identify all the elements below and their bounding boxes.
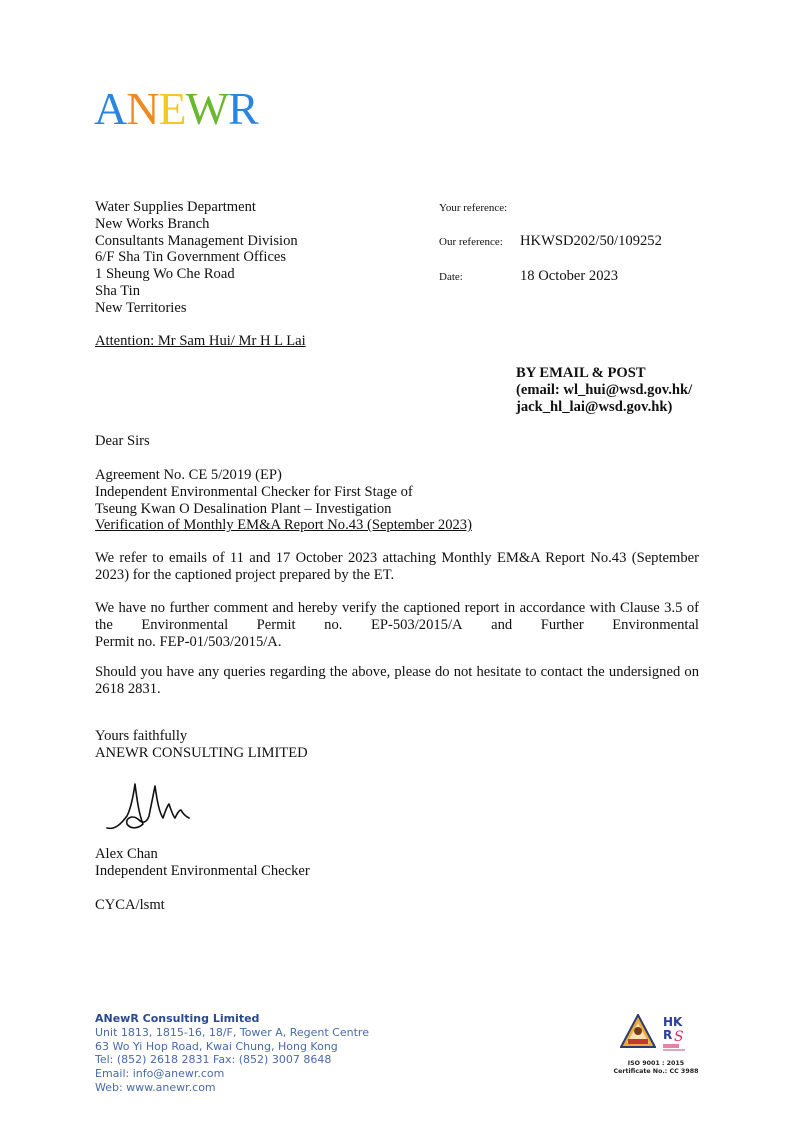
our-reference: Our reference:HKWSD202/50/109252: [439, 233, 662, 250]
address-line: 6/F Sha Tin Government Offices: [95, 249, 298, 266]
subject-title: Verification of Monthly EM&A Report No.4…: [95, 517, 472, 534]
certification-block: HK R S ISO 9001 : 2015 Certificate No.: …: [611, 1014, 701, 1076]
footer-fax: Fax: (852) 3007 8648: [213, 1053, 331, 1066]
footer-contact: ANewR Consulting Limited Unit 1813, 1815…: [95, 1012, 369, 1095]
delivery-email-line: jack_hl_lai@wsd.gov.hk): [516, 399, 692, 416]
word: EP-503/2015/A: [371, 617, 463, 634]
word: Environmental: [612, 617, 699, 634]
body-paragraph: Should you have any queries regarding th…: [95, 664, 699, 698]
date-label: Date:: [439, 271, 520, 283]
hkrs-badge-icon: HK R S: [662, 1014, 692, 1056]
footer-company: ANewR Consulting Limited: [95, 1012, 369, 1026]
delivery-method-label: BY EMAIL & POST: [516, 365, 692, 382]
footer-email[interactable]: Email: info@anewr.com: [95, 1067, 369, 1081]
footer-tel: Tel: (852) 2618 2831: [95, 1053, 213, 1067]
body-paragraph: We have no further comment and hereby ve…: [95, 600, 699, 650]
logo-letter: R: [228, 86, 258, 132]
word: and: [491, 617, 512, 634]
address-line: Consultants Management Division: [95, 233, 298, 250]
paragraph-line: We have no further comment and hereby ve…: [95, 600, 699, 617]
address-line: Sha Tin: [95, 283, 298, 300]
paragraph-line: Permit no. FEP-01/503/2015/A.: [95, 634, 699, 651]
address-line: New Works Branch: [95, 216, 298, 233]
closing-block: Yours faithfully ANEWR CONSULTING LIMITE…: [95, 728, 308, 762]
footer-web[interactable]: Web: www.anewr.com: [95, 1081, 369, 1095]
recipient-address: Water Supplies Department New Works Bran…: [95, 199, 298, 317]
reference-initials: CYCA/lsmt: [95, 897, 165, 914]
signer-block: Alex Chan Independent Environmental Chec…: [95, 846, 310, 880]
address-line: New Territories: [95, 300, 298, 317]
certificate-number: Certificate No.: CC 3988: [611, 1068, 701, 1076]
subject-block: Agreement No. CE 5/2019 (EP) Independent…: [95, 467, 472, 534]
logo-letter: N: [126, 86, 158, 132]
svg-text:S: S: [674, 1029, 684, 1045]
logo-letter: A: [94, 86, 126, 132]
delivery-email-line: (email: wl_hui@wsd.gov.hk/: [516, 382, 692, 399]
subject-line: Agreement No. CE 5/2019 (EP): [95, 467, 472, 484]
logo-letter: E: [158, 86, 185, 132]
footer-phone-line: Tel: (852) 2618 2831Fax: (852) 3007 8648: [95, 1053, 369, 1067]
date-value: 18 October 2023: [520, 268, 618, 284]
salutation: Dear Sirs: [95, 433, 150, 450]
signature: [105, 780, 195, 845]
date: Date:18 October 2023: [439, 268, 618, 285]
iso-standard: ISO 9001 : 2015: [611, 1060, 701, 1068]
word: Permit: [257, 617, 296, 634]
your-reference-label: Your reference:: [439, 202, 520, 214]
hkqaa-badge-icon: [620, 1014, 656, 1048]
our-reference-value: HKWSD202/50/109252: [520, 233, 662, 249]
word: Environmental: [141, 617, 228, 634]
address-line: Water Supplies Department: [95, 199, 298, 216]
our-reference-label: Our reference:: [439, 236, 520, 248]
company-logo: ANEWR: [94, 86, 258, 132]
attention-line: Attention: Mr Sam Hui/ Mr H L Lai: [95, 333, 306, 350]
your-reference: Your reference:: [439, 199, 520, 216]
logo-letter: W: [186, 86, 228, 132]
body-paragraph: We refer to emails of 11 and 17 October …: [95, 550, 699, 584]
word: Further: [541, 617, 584, 634]
paragraph-text: We have no further comment and hereby ve…: [95, 600, 699, 617]
footer-address-line: 63 Wo Yi Hop Road, Kwai Chung, Hong Kong: [95, 1040, 369, 1054]
subject-line: Independent Environmental Checker for Fi…: [95, 484, 472, 501]
closing-company: ANEWR CONSULTING LIMITED: [95, 745, 308, 762]
footer-address-line: Unit 1813, 1815-16, 18/F, Tower A, Regen…: [95, 1026, 369, 1040]
word: the: [95, 617, 113, 634]
subject-line: Tseung Kwan O Desalination Plant – Inves…: [95, 501, 472, 518]
delivery-method: BY EMAIL & POST (email: wl_hui@wsd.gov.h…: [516, 365, 692, 416]
paragraph-line: the Environmental Permit no. EP-503/2015…: [95, 617, 699, 634]
word: no.: [324, 617, 342, 634]
signer-title: Independent Environmental Checker: [95, 863, 310, 880]
signer-name: Alex Chan: [95, 846, 310, 863]
svg-text:HK: HK: [663, 1015, 683, 1029]
valediction: Yours faithfully: [95, 728, 308, 745]
address-line: 1 Sheung Wo Che Road: [95, 266, 298, 283]
svg-text:R: R: [663, 1028, 672, 1042]
